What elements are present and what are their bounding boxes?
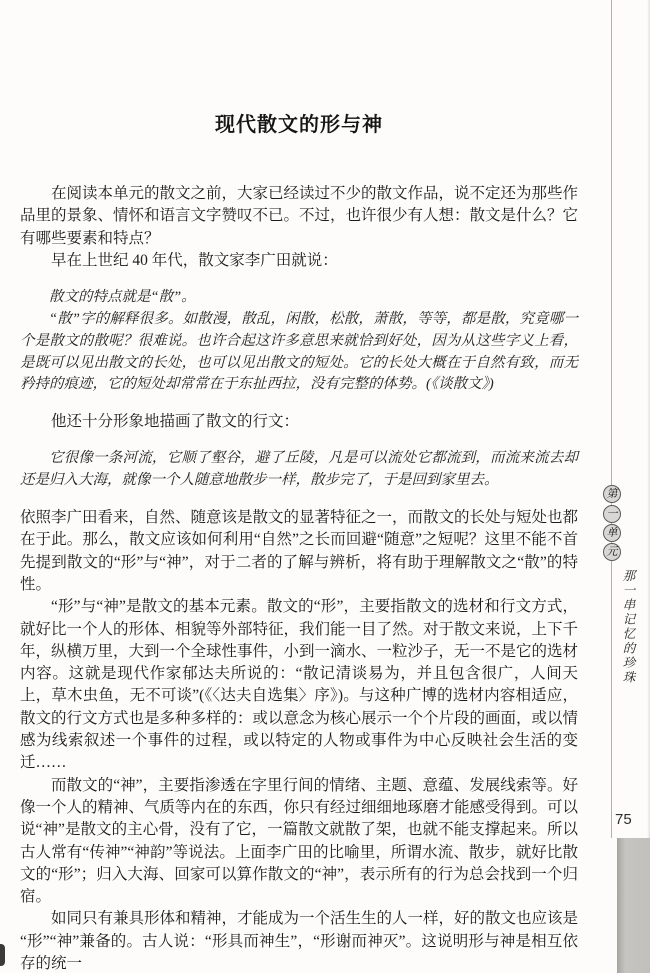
quote-line: 它很像一条河流，它顺了壑谷，避了丘陵，凡是可以流处它都流到，而流来流去却还是归入… — [20, 448, 578, 492]
page-title: 现代散文的形与神 — [20, 0, 578, 137]
unit-badge-char: 第 — [607, 488, 618, 500]
paragraph-shen: 而散文的“神”，主要指渗透在字里行间的情绪、主题、意蕴、发展线索等。好像一个人的… — [20, 775, 578, 909]
scan-artifact — [0, 944, 5, 966]
scan-edge-shadow — [617, 838, 650, 973]
paragraph-li-guangtian-intro: 早在上世纪 40 年代，散文家李广田就说： — [20, 250, 578, 272]
paragraph-analysis: 依照李广田看来，自然、随意该是散文的显著特征之一，而散文的长处与短处也都在于此。… — [20, 507, 578, 596]
paragraph-intro: 在阅读本单元的散文之前，大家已经读过不少的散文作品，说不定还为那些作品里的景象、… — [20, 183, 578, 250]
paragraph-transition: 他还十分形象地描画了散文的行文： — [20, 411, 578, 433]
sidebar-rule — [611, 0, 612, 838]
paragraph-xing: “形”与“神”是散文的基本元素。散文的“形”，主要指散文的选材和行文方式，就好比… — [20, 596, 578, 774]
quote-line: “散”字的解释很多。如散漫，散乱，闲散，松散，萧散，等等，都是散，究竟哪一个是散… — [20, 309, 578, 396]
unit-badge: 单 — [603, 524, 621, 542]
unit-badge-char: 一 — [607, 508, 618, 520]
unit-badge: 一 — [603, 505, 621, 523]
unit-title-vertical: 那一串记忆的珍珠 — [619, 569, 637, 689]
quote-line: 散文的特点就是“散”。 — [20, 287, 578, 309]
unit-badge: 第 — [603, 485, 621, 503]
textbook-page: 现代散文的形与神 在阅读本单元的散文之前，大家已经读过不少的散文作品，说不定还为… — [0, 0, 650, 973]
quote-block-river: 它很像一条河流，它顺了壑谷，避了丘陵，凡是可以流处它都流到，而流来流去却还是归入… — [20, 448, 578, 492]
main-text-column: 现代散文的形与神 在阅读本单元的散文之前，大家已经读过不少的散文作品，说不定还为… — [20, 0, 578, 973]
paragraph-conclusion: 如同只有兼具形体和精神，才能成为一个活生生的人一样，好的散文也应该是“形”“神”… — [20, 908, 578, 973]
unit-badge: 元 — [603, 543, 621, 561]
unit-badge-char: 元 — [607, 546, 618, 558]
unit-badge-char: 单 — [607, 527, 618, 539]
quote-block-tan-sanwen: 散文的特点就是“散”。 “散”字的解释很多。如散漫，散乱，闲散，松散，萧散，等等… — [20, 287, 578, 396]
page-number: 75 — [615, 811, 632, 828]
